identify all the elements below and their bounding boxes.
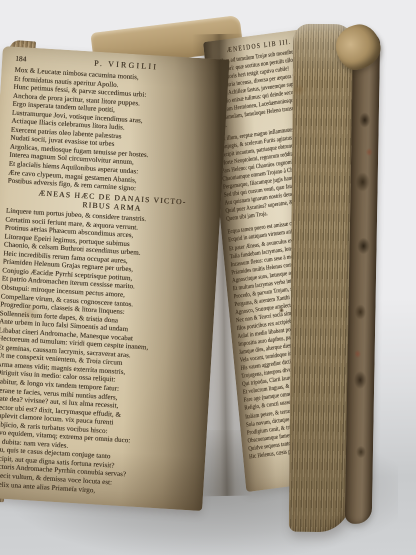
page-number-left: 184 (15, 54, 27, 64)
photo-frame: ÆNEIDOS LIB III. 185 Hostilem ad tumulum… (0, 0, 416, 555)
left-page: 184 P. VIRGILII Mox & Leucatæ nimbosa ca… (0, 46, 230, 511)
verse-block-upper: Mox & Leucatæ nimbosa cacumina montis,Et… (8, 66, 226, 198)
verse-block-lower: Linquere tum portus jubeo, & considere t… (0, 207, 217, 501)
left-page-content: 184 P. VIRGILII Mox & Leucatæ nimbosa ca… (0, 54, 226, 501)
